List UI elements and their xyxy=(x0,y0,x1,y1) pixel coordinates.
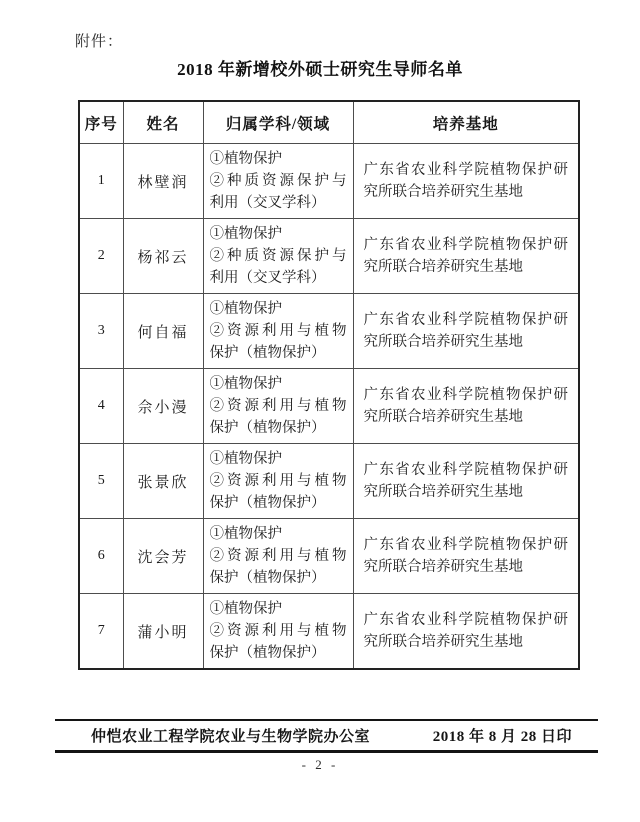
row-base-cell: 广东省农业科学院植物保护研究所联合培养研究生基地 xyxy=(353,294,579,369)
row-no-cell: 5 xyxy=(79,444,123,519)
row-discipline-cell: ①植物保护②资源利用与植物保护（植物保护） xyxy=(203,444,353,519)
base-line: 究所联合培养研究生基地 xyxy=(364,256,569,278)
discipline-line: ②种质资源保护与 xyxy=(210,170,347,192)
row-no-cell: 7 xyxy=(79,594,123,670)
discipline-line: ①植物保护 xyxy=(210,598,347,620)
discipline-line: 保护（植物保护） xyxy=(210,567,347,589)
row-base-cell: 广东省农业科学院植物保护研究所联合培养研究生基地 xyxy=(353,519,579,594)
row-base-cell: 广东省农业科学院植物保护研究所联合培养研究生基地 xyxy=(353,594,579,670)
base-line: 究所联合培养研究生基地 xyxy=(364,181,569,203)
row-name-cell: 沈会芳 xyxy=(123,519,203,594)
base-line: 究所联合培养研究生基地 xyxy=(364,406,569,428)
discipline-line: ①植物保护 xyxy=(210,298,347,320)
attachment-label: 附件： xyxy=(75,30,123,51)
table-row: 7 蒲小明 ①植物保护②资源利用与植物保护（植物保护） 广东省农业科学院植物保护… xyxy=(79,594,579,670)
discipline-line: ②资源利用与植物 xyxy=(210,320,347,342)
row-discipline-cell: ①植物保护②资源利用与植物保护（植物保护） xyxy=(203,294,353,369)
table-row: 2 杨祁云 ①植物保护②种质资源保护与利用（交叉学科） 广东省农业科学院植物保护… xyxy=(79,219,579,294)
table-row: 5 张景欣 ①植物保护②资源利用与植物保护（植物保护） 广东省农业科学院植物保护… xyxy=(79,444,579,519)
row-discipline-cell: ①植物保护②种质资源保护与利用（交叉学科） xyxy=(203,219,353,294)
base-line: 广东省农业科学院植物保护研 xyxy=(364,234,569,256)
header-base: 培养基地 xyxy=(353,101,579,144)
row-no-cell: 3 xyxy=(79,294,123,369)
row-name-cell: 何自福 xyxy=(123,294,203,369)
header-name: 姓名 xyxy=(123,101,203,144)
page-number: - 2 - xyxy=(0,757,640,773)
base-line: 广东省农业科学院植物保护研 xyxy=(364,159,569,181)
row-no-cell: 1 xyxy=(79,144,123,219)
row-name-cell: 蒲小明 xyxy=(123,594,203,670)
discipline-line: 保护（植物保护） xyxy=(210,492,347,514)
footer-office: 仲恺农业工程学院农业与生物学院办公室 xyxy=(91,725,370,746)
discipline-line: ①植物保护 xyxy=(210,223,347,245)
base-line: 究所联合培养研究生基地 xyxy=(364,481,569,503)
table-row: 1 林壁润 ①植物保护②种质资源保护与利用（交叉学科） 广东省农业科学院植物保护… xyxy=(79,144,579,219)
table-row: 6 沈会芳 ①植物保护②资源利用与植物保护（植物保护） 广东省农业科学院植物保护… xyxy=(79,519,579,594)
document-page: 附件： 2018 年新增校外硕士研究生导师名单 序号 姓名 归属学科/领域 培养… xyxy=(0,0,640,822)
discipline-line: 利用（交叉学科） xyxy=(210,267,347,289)
row-discipline-cell: ①植物保护②种质资源保护与利用（交叉学科） xyxy=(203,144,353,219)
row-name-cell: 杨祁云 xyxy=(123,219,203,294)
discipline-line: ②资源利用与植物 xyxy=(210,395,347,417)
table-row: 3 何自福 ①植物保护②资源利用与植物保护（植物保护） 广东省农业科学院植物保护… xyxy=(79,294,579,369)
base-line: 广东省农业科学院植物保护研 xyxy=(364,609,569,631)
discipline-line: ②资源利用与植物 xyxy=(210,620,347,642)
row-no-cell: 2 xyxy=(79,219,123,294)
base-line: 究所联合培养研究生基地 xyxy=(364,556,569,578)
table-header-row: 序号 姓名 归属学科/领域 培养基地 xyxy=(79,101,579,144)
discipline-line: 保护（植物保护） xyxy=(210,342,347,364)
row-discipline-cell: ①植物保护②资源利用与植物保护（植物保护） xyxy=(203,519,353,594)
discipline-line: ①植物保护 xyxy=(210,523,347,545)
header-no: 序号 xyxy=(79,101,123,144)
discipline-line: 保护（植物保护） xyxy=(210,642,347,664)
row-no-cell: 4 xyxy=(79,369,123,444)
discipline-line: 利用（交叉学科） xyxy=(210,192,347,214)
supervisor-table-body: 1 林壁润 ①植物保护②种质资源保护与利用（交叉学科） 广东省农业科学院植物保护… xyxy=(79,144,579,670)
discipline-line: ②资源利用与植物 xyxy=(210,545,347,567)
base-line: 广东省农业科学院植物保护研 xyxy=(364,459,569,481)
row-name-cell: 张景欣 xyxy=(123,444,203,519)
base-line: 广东省农业科学院植物保护研 xyxy=(364,384,569,406)
row-name-cell: 佘小漫 xyxy=(123,369,203,444)
base-line: 究所联合培养研究生基地 xyxy=(364,631,569,653)
footer: 仲恺农业工程学院农业与生物学院办公室 2018 年 8 月 28 日印 xyxy=(55,719,598,753)
base-line: 广东省农业科学院植物保护研 xyxy=(364,309,569,331)
discipline-line: ①植物保护 xyxy=(210,373,347,395)
row-discipline-cell: ①植物保护②资源利用与植物保护（植物保护） xyxy=(203,594,353,670)
row-base-cell: 广东省农业科学院植物保护研究所联合培养研究生基地 xyxy=(353,144,579,219)
discipline-line: 保护（植物保护） xyxy=(210,417,347,439)
discipline-line: ①植物保护 xyxy=(210,148,347,170)
row-name-cell: 林壁润 xyxy=(123,144,203,219)
discipline-line: ②资源利用与植物 xyxy=(210,470,347,492)
base-line: 广东省农业科学院植物保护研 xyxy=(364,534,569,556)
row-base-cell: 广东省农业科学院植物保护研究所联合培养研究生基地 xyxy=(353,369,579,444)
base-line: 究所联合培养研究生基地 xyxy=(364,331,569,353)
discipline-line: ①植物保护 xyxy=(210,448,347,470)
header-discipline: 归属学科/领域 xyxy=(203,101,353,144)
discipline-line: ②种质资源保护与 xyxy=(210,245,347,267)
supervisor-table: 序号 姓名 归属学科/领域 培养基地 1 林壁润 ①植物保护②种质资源保护与利用… xyxy=(78,100,580,670)
row-discipline-cell: ①植物保护②资源利用与植物保护（植物保护） xyxy=(203,369,353,444)
table-row: 4 佘小漫 ①植物保护②资源利用与植物保护（植物保护） 广东省农业科学院植物保护… xyxy=(79,369,579,444)
row-base-cell: 广东省农业科学院植物保护研究所联合培养研究生基地 xyxy=(353,219,579,294)
row-no-cell: 6 xyxy=(79,519,123,594)
row-base-cell: 广东省农业科学院植物保护研究所联合培养研究生基地 xyxy=(353,444,579,519)
footer-print-date: 2018 年 8 月 28 日印 xyxy=(433,725,572,746)
page-title: 2018 年新增校外硕士研究生导师名单 xyxy=(0,55,640,80)
